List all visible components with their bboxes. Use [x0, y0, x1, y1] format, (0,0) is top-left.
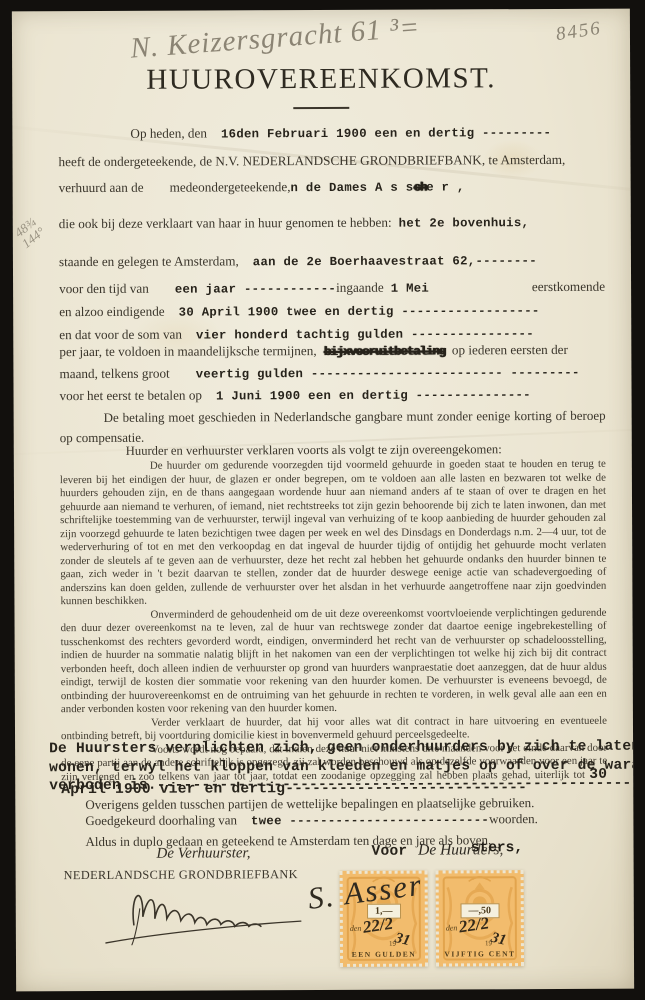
typed-addendum-line: verboden is.----------------------------… [49, 775, 627, 796]
landlord-signature-label: De Verhuurster, [157, 845, 251, 862]
intro-line-premises: die ook bij deze verklaart van haar in h… [59, 214, 605, 232]
printed-text: staande en gelegen te Amsterdam, [59, 253, 239, 270]
printed-text: Goedgekeurd doorhaling van [85, 812, 237, 829]
handwritten-archive-number: 8456 [555, 18, 604, 46]
photograph-background: { "annotations": { "address": "N. Keizer… [0, 0, 645, 1000]
typed-fill: 30 April 1900 twee en dertig -----------… [179, 304, 540, 320]
printed-text: en alzoo eindigende [59, 304, 165, 320]
printed-text: verhuurd aan de [59, 180, 144, 196]
typed-fill: e r , [426, 180, 464, 194]
handwritten-address-annotation: N. Keizersgracht 61 ³= [129, 9, 471, 66]
printed-text: Overigens gelden tusschen partijen de we… [85, 795, 534, 813]
intro-line-term: voor den tijd van een jaar ------------ … [59, 279, 605, 297]
intro-line-landlord: heeft de ondergeteekende, de N.V. NEDERL… [58, 152, 604, 170]
typed-addendum-clause: De Huursters verplichten zich, geen onde… [49, 738, 627, 796]
stamp-handwritten-date: 22/2 [362, 914, 395, 938]
intro-line-date: Op heden, den 16den Februari 1900 een en… [58, 124, 604, 142]
typed-fill: twee -------------------------- [251, 813, 489, 828]
typed-addendum-line: wonen, terwyl het kloppen van kleeden en… [49, 756, 627, 777]
stamp-den-label: den [446, 923, 458, 932]
printed-text: medeondergeteekende, [170, 179, 291, 196]
typed-fill: een jaar ------------ [175, 282, 336, 297]
printed-text: voor den tijd van [59, 281, 149, 297]
closing-line-duplicate: Aldus in duplo gedaan en geteekend te Am… [61, 832, 631, 850]
typed-fill: n de Dames A s s [291, 181, 414, 196]
overtyped-correction: ders,sters, [473, 841, 504, 859]
intro-line-monthly: maand, telkens groot veertig gulden ----… [59, 364, 605, 382]
printed-text: maand, telkens groot [59, 366, 169, 382]
stamp-den-label: den [350, 924, 362, 933]
intro-line-tenant: verhuurd aan de medeondergeteekende, n d… [59, 178, 605, 196]
printed-text: woorden. [489, 811, 538, 827]
agreement-heading: Huurder en verhuurster verklaren voorts … [60, 442, 606, 459]
typed-fill: 1 Juni 1900 een en dertig --------------… [216, 388, 531, 403]
printed-text: op iederen eersten der [452, 342, 568, 359]
typed-fill: 16den Februari 1900 een en dertig ------… [221, 126, 551, 141]
printed-text: ingaande [336, 280, 384, 296]
typed-fill: veertig gulden -------------------------… [196, 366, 580, 382]
clause-paragraph: Onverminderd de gehoudenheid om de uit d… [60, 606, 606, 716]
typed-strikethrough: ch [413, 181, 426, 195]
title-divider [293, 107, 349, 109]
typed-fill: het 2e bovenhuis, [399, 216, 530, 231]
intro-line-street: staande en gelegen te Amsterdam, aan de … [59, 252, 605, 270]
typed-fill: Voor [372, 844, 408, 860]
stamp-handwritten-date: 22/2 [458, 913, 491, 937]
closing-line-corrections: Goedgekeurd doorhaling van twee --------… [61, 811, 631, 829]
intro-line-terms: per jaar, te voldoen in maandelijksche t… [59, 342, 605, 360]
page-title: HUUROVEREENKOMST. [12, 62, 630, 98]
document-paper: N. Keizersgracht 61 ³= 8456 48¾ 144° HUU… [12, 9, 634, 992]
stamp-caption: EEN GULDEN [343, 950, 425, 959]
printed-text: die ook bij deze verklaart van haar in h… [59, 215, 392, 232]
typed-overstrike: sters, [471, 840, 523, 856]
typed-fill: vier honderd tachtig gulden ------------… [196, 327, 534, 342]
typed-fill: aan de 2e Boerhaavestraat 62,-------- [253, 254, 537, 269]
intro-line-firstpayment: voor het eerst te betalen op 1 Juni 1900… [60, 386, 606, 404]
revenue-stamp-fifty-cent: —,50 den 22/2 19 31 VIJFTIG CENT [436, 870, 524, 966]
tenant-signature-label: Voor De Huurders,sters, [371, 841, 503, 860]
printed-text: en dat voor de som van [59, 327, 182, 344]
printed-text: voor het eerst te betalen op [60, 388, 203, 405]
typed-fill: 1 Mei [391, 282, 429, 296]
printed-italic-text: De Huur [418, 841, 473, 858]
intro-line-enddate: en alzoo eindigende 30 April 1900 twee e… [59, 302, 605, 320]
clause-paragraph: De huurder om gedurende voorzegden tijd … [60, 458, 607, 609]
printed-text: per jaar, te voldoen in maandelijksche t… [59, 343, 316, 360]
handwritten-margin-note: 48¾ 144° [12, 214, 47, 250]
printed-text: heeft de ondergeteekende, de N.V. NEDERL… [58, 152, 565, 170]
intro-line-sum: en dat voor de som van vier honderd tach… [59, 325, 605, 343]
typed-addendum-line: De Huursters verplichten zich, geen onde… [49, 738, 627, 759]
printed-text: Op heden, den [58, 126, 207, 143]
landlord-signature-ink [96, 878, 316, 969]
stamp-caption: VIJFTIG CENT [439, 949, 521, 958]
printed-text: eerstkomende [532, 279, 605, 295]
typed-strikethrough: bijxvooruitbetaling [324, 344, 445, 359]
